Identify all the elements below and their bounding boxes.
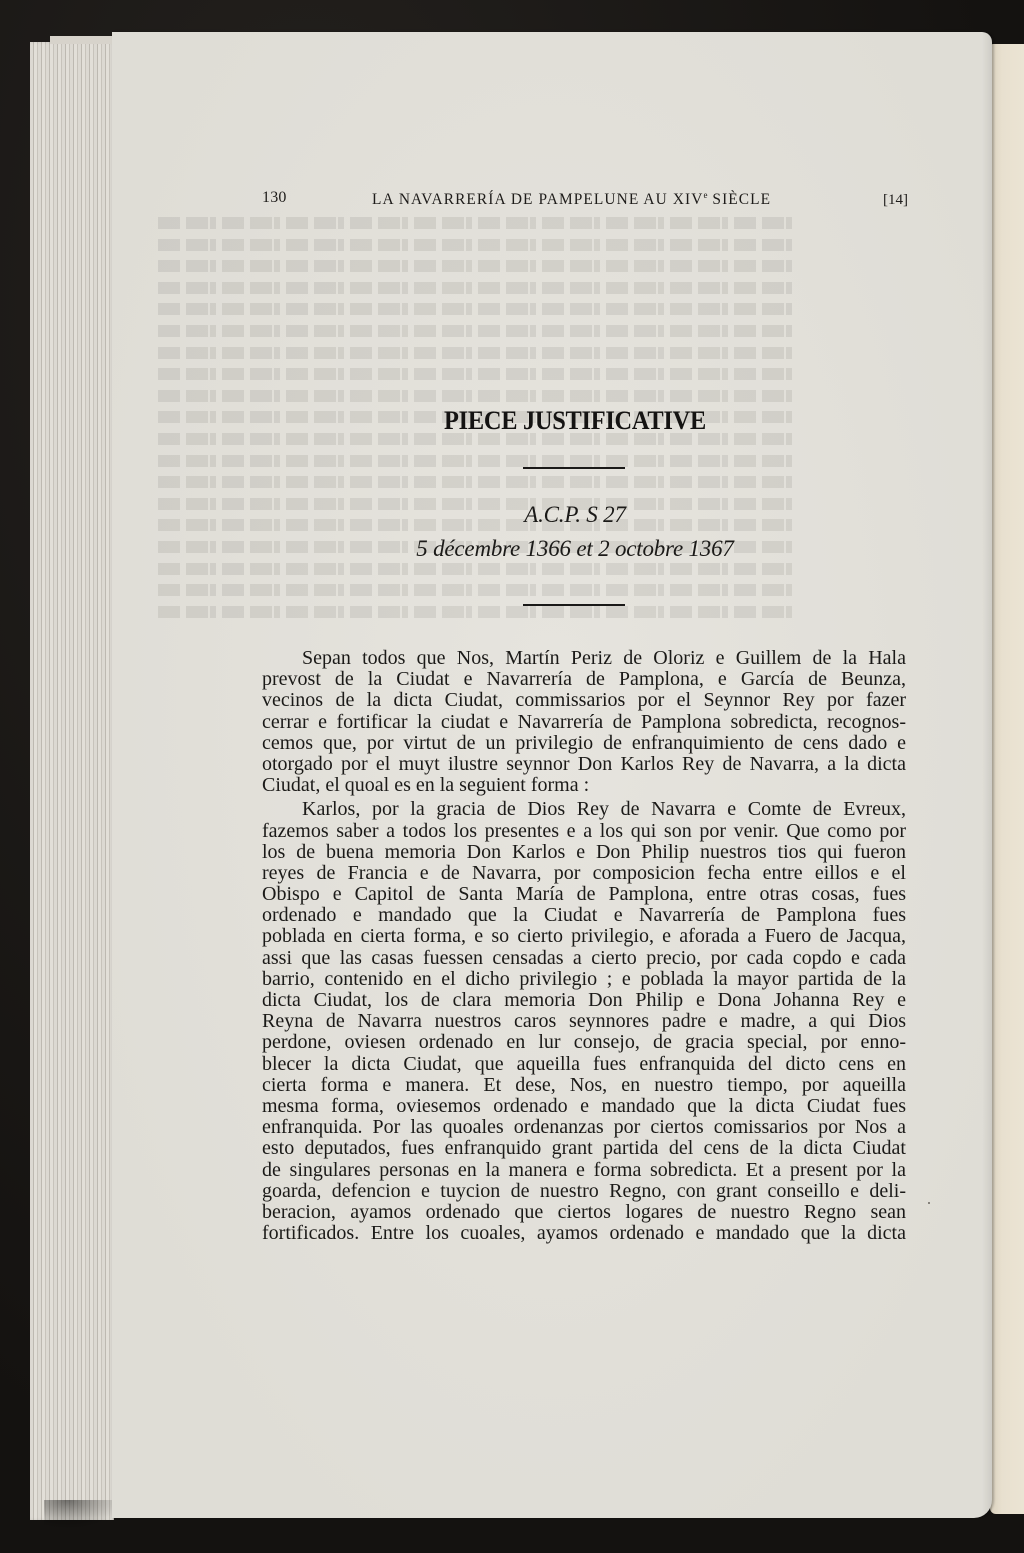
text-line: Sepan todos que Nos, Martín Periz de Olo… [262, 648, 906, 669]
section-title: PIECE JUSTIFICATIVE [287, 405, 863, 436]
text-line: poblada en cierta forma, e so cierto pri… [262, 926, 906, 947]
text-line: fazemos saber a todos los presentes e a … [262, 821, 906, 842]
title-rule-bottom [523, 604, 625, 606]
text-line: barrio, contenido en el dicho privilegio… [262, 969, 906, 990]
paper-speck [928, 1202, 930, 1204]
document-dates: 5 décembre 1366 et 2 octobre 1367 [262, 536, 888, 562]
archive-reference: A.C.P. S 27 [262, 502, 888, 528]
text-line: Ciudat, el quoal es en la seguient forma… [262, 775, 906, 796]
text-line: fortificados. Entre los cuoales, ayamos … [262, 1223, 906, 1244]
page-number: 130 [262, 189, 287, 207]
text-line: cerrar e fortificar la ciudat e Navarrer… [262, 712, 906, 733]
running-title: LA NAVARRERÍA DE PAMPELUNE AU XIVe SIÈCL… [372, 190, 771, 209]
text-line: mesma forma, oviesemos ordenado e mandad… [262, 1096, 906, 1117]
book-page-edges [30, 42, 114, 1520]
text-line: Karlos, por la gracia de Dios Rey de Nav… [262, 799, 906, 820]
paragraph-1: Sepan todos que Nos, Martín Periz de Olo… [262, 648, 906, 796]
body-text: Sepan todos que Nos, Martín Periz de Olo… [262, 648, 906, 1244]
paragraph-2: Karlos, por la gracia de Dios Rey de Nav… [262, 799, 906, 1244]
running-title-end: SIÈCLE [707, 191, 771, 208]
text-line: goarda, defencion e tuycion de nuestro R… [262, 1181, 906, 1202]
running-title-main: LA NAVARRERÍA DE PAMPELUNE AU XIV [372, 191, 703, 208]
text-line: cierta forma e manera. Et dese, Nos, en … [262, 1075, 906, 1096]
facing-page-edge [990, 44, 1024, 1514]
title-rule-top [523, 467, 625, 469]
text-line: reyes de Francia e de Navarra, por compo… [262, 863, 906, 884]
text-line: esto deputados, fues enfranquido grant p… [262, 1138, 906, 1159]
text-line: otorgado por el muyt ilustre seynnor Don… [262, 754, 906, 775]
text-line: vecinos de la dicta Ciudat, commissarios… [262, 690, 906, 711]
running-header: 130 LA NAVARRERÍA DE PAMPELUNE AU XIVe S… [262, 189, 906, 213]
text-line: Reyna de Navarra nuestros caros seynnore… [262, 1011, 906, 1032]
text-line: perdone, oviesen ordenado en lur consejo… [262, 1032, 906, 1053]
text-line: dicta Ciudat, los de clara memoria Don P… [262, 990, 906, 1011]
text-line: enfranquida. Por las quoales ordenanzas … [262, 1117, 906, 1138]
text-line: cemos que, por virtut de un privilegio d… [262, 733, 906, 754]
text-line: blecer la dicta Ciudat, que aqueilla fue… [262, 1054, 906, 1075]
text-line: prevost de la Ciudat e Navarrería de Pam… [262, 669, 906, 690]
section-number: [14] [883, 192, 908, 209]
text-line: de singulares personas en la manera e fo… [262, 1160, 906, 1181]
text-line: assi que las casas fuessen censadas a ci… [262, 948, 906, 969]
text-line: Obispo e Capitol de Santa María de Pampl… [262, 884, 906, 905]
text-line: ordenado e mandado que la Ciudat e Navar… [262, 905, 906, 926]
text-line: los de buena memoria Don Karlos e Don Ph… [262, 842, 906, 863]
text-line: beracion, ayamos ordenado que ciertos lo… [262, 1202, 906, 1223]
